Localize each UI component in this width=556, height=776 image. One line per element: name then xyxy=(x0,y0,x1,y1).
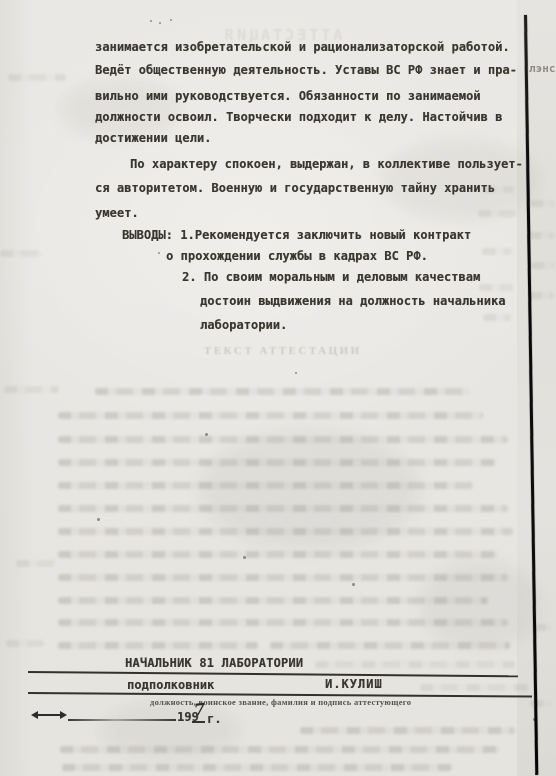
ink-speck xyxy=(150,20,152,22)
ink-speck xyxy=(170,19,172,21)
body-line: о прохождении службы в кадрах ВС РФ. xyxy=(166,249,428,263)
commander-position-line: НАЧАЛЬНИК 81 ЛАБОРАТОРИИ xyxy=(125,656,303,670)
ink-speck xyxy=(205,433,208,436)
bleedthrough-streak xyxy=(58,436,508,443)
commander-rank: подполковник xyxy=(127,678,214,692)
bleedthrough-streak xyxy=(58,619,508,626)
ink-speck xyxy=(352,583,355,586)
ink-speck xyxy=(295,372,297,374)
bleedthrough-streak xyxy=(58,574,508,581)
handwritten-year-digit: 7 xyxy=(193,699,206,719)
bleedthrough-streak xyxy=(478,210,516,217)
body-line: ся авторитетом. Военную и государственну… xyxy=(95,181,495,195)
bleedthrough-streak xyxy=(482,248,512,255)
body-line: умеет. xyxy=(95,206,139,220)
bleedthrough-streak xyxy=(60,746,500,753)
body-line: ВЫВОДЫ: 1.Рекомендуется заключить новый … xyxy=(122,228,471,242)
signature-rule-top xyxy=(28,671,518,677)
bleedthrough-streak xyxy=(530,200,554,207)
bleedthrough-streak xyxy=(479,284,513,291)
ink-speck xyxy=(158,252,160,254)
bleedthrough-streak xyxy=(4,386,59,393)
bleedthrough-streak xyxy=(62,764,452,771)
bleedthrough-streak xyxy=(58,505,508,512)
bleedthrough-streak xyxy=(420,684,530,691)
body-line: вильно ими руководствуется. Обязанности … xyxy=(95,89,481,103)
bleedthrough-streak xyxy=(529,292,554,299)
bleedthrough-streak xyxy=(58,459,496,466)
double-arrow-icon xyxy=(35,714,63,716)
body-line: достоин выдвижения на должность начальни… xyxy=(200,294,506,308)
bleedthrough-streak xyxy=(528,232,554,239)
bleedthrough-streak xyxy=(16,560,56,567)
bleedthrough-streak xyxy=(58,528,513,535)
ink-speck xyxy=(159,22,161,24)
bleedthrough-streak xyxy=(58,412,483,419)
body-line: достижении цели. xyxy=(95,131,211,145)
bleedthrough-streak xyxy=(58,642,258,649)
bleedthrough-streak xyxy=(58,482,473,489)
bleedthrough-streak xyxy=(531,262,554,269)
bleedthrough-streak xyxy=(315,661,515,668)
body-line: По характеру спокоен, выдержан, в коллек… xyxy=(130,157,523,171)
bleedthrough-streak xyxy=(270,642,510,649)
ink-speck xyxy=(460,119,462,121)
body-line: должности освоил. Творчески подходит к д… xyxy=(95,110,502,124)
body-line: 2. По своим моральным и деловым качества… xyxy=(182,270,480,284)
bleedthrough-streak xyxy=(8,74,66,81)
body-line: Ведёт общественную деятельность. Уставы … xyxy=(95,63,517,77)
year-digit-underline xyxy=(192,721,205,723)
year-suffix: г. xyxy=(207,712,222,726)
ink-speck xyxy=(243,556,246,559)
bleedthrough-streak xyxy=(95,388,470,395)
date-blank-line xyxy=(68,719,176,721)
bleedthrough-streak xyxy=(0,250,42,257)
adjacent-page-fragment: лэнс xyxy=(529,62,556,75)
bleedthrough-streak xyxy=(483,314,511,321)
bleedthrough-streak xyxy=(482,186,514,193)
signature-name: И.КУЛИШ xyxy=(325,677,383,691)
bleedthrough-streak xyxy=(58,551,498,558)
scanned-attestation-page: АТТЕСТАЦИЯ занимается изобретательской и… xyxy=(0,0,556,776)
body-line: занимается изобретательской и рационализ… xyxy=(95,40,510,54)
ink-speck xyxy=(97,518,100,521)
bleedthrough-streak xyxy=(58,597,488,604)
bleedthrough-streak xyxy=(6,640,44,647)
body-line: лаборатории. xyxy=(200,318,287,332)
paper-stain xyxy=(380,140,540,220)
form-caption: должность, воинское звание, фамилия и по… xyxy=(150,697,411,707)
faded-form-heading: ТЕКСТ АТТЕСТАЦИИ xyxy=(204,345,362,357)
bleedthrough-streak xyxy=(300,727,515,734)
